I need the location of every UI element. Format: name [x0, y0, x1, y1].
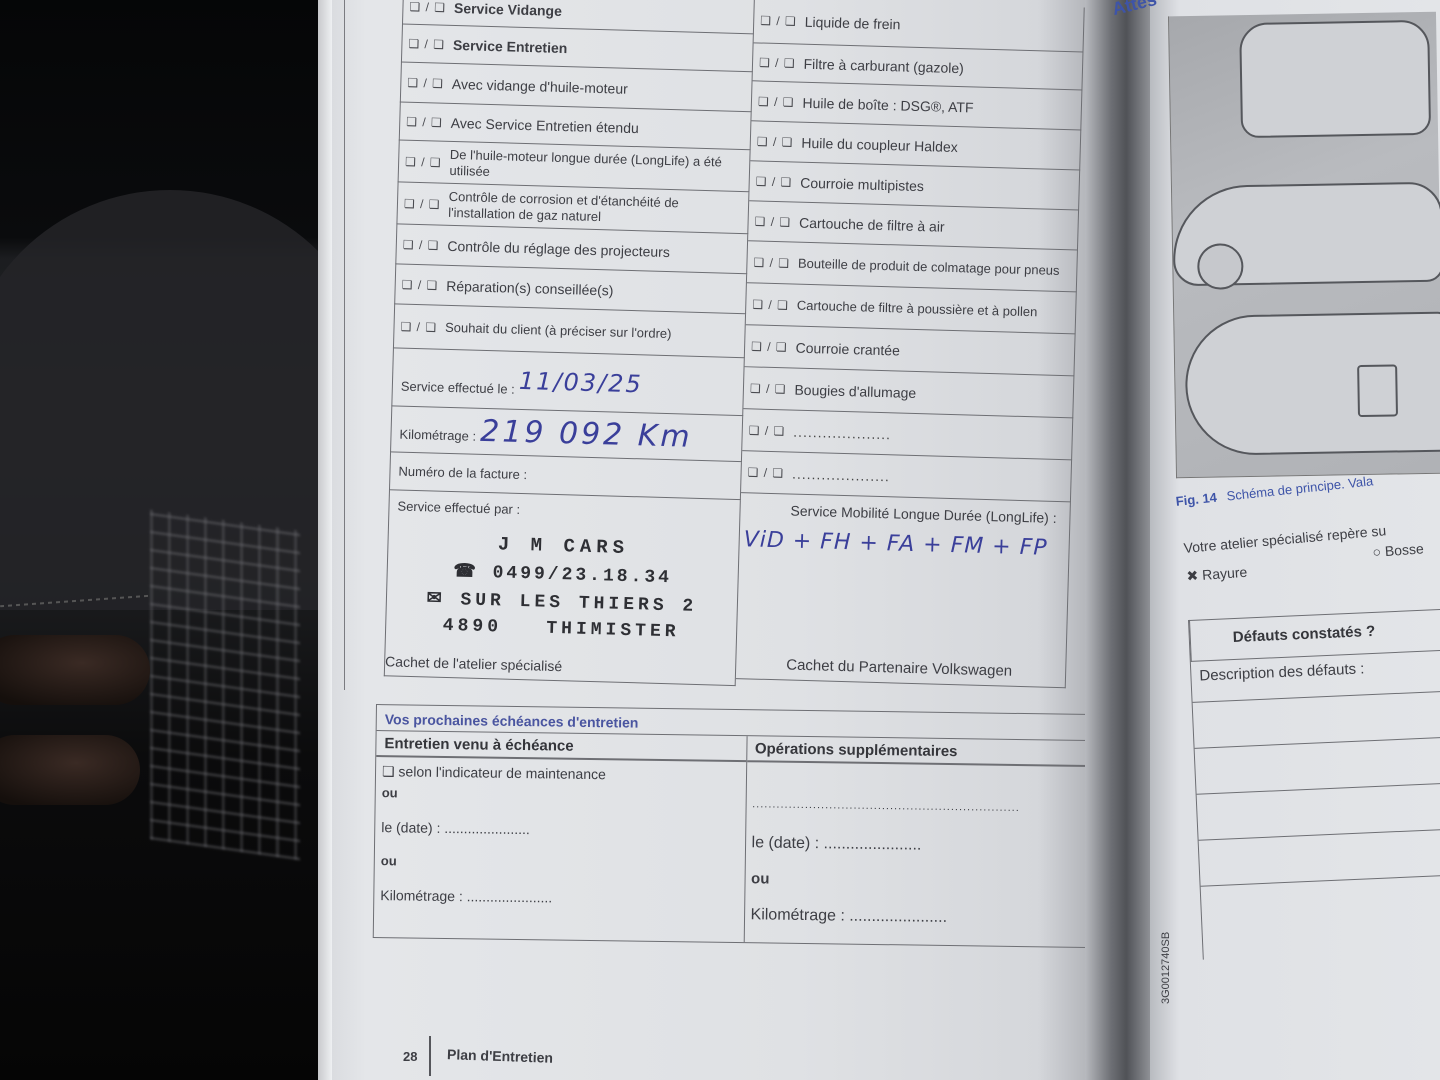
checkbox-pair-icon[interactable]: ❏ / ❏ [758, 94, 795, 109]
checkbox-pair-icon[interactable]: ❏ / ❏ [406, 114, 443, 129]
sunroof [1357, 364, 1398, 417]
checkbox-pair-icon[interactable]: ❏ / ❏ [400, 319, 437, 334]
checkbox-pair-icon[interactable]: ❏ / ❏ [749, 423, 786, 438]
workshop-stamp-street: ✉ SUR LES THIERS 2 [397, 587, 727, 618]
additional-operations-column: Opérations supplémentaires .............… [743, 736, 1116, 947]
car-top-view-drawing [1184, 312, 1440, 457]
checkbox-pair-icon[interactable]: ❏ / ❏ [752, 297, 789, 312]
checkbox-pair-icon[interactable]: ❏ / ❏ [760, 13, 797, 28]
workshop-stamp-name: J M CARS [398, 531, 728, 562]
section-name: Plan d'Entretien [447, 1046, 554, 1066]
finger [0, 735, 140, 805]
page-footer: 28 Plan d'Entretien [403, 1036, 553, 1076]
finger [0, 635, 150, 705]
checkbox-pair-icon[interactable]: ❏ / ❏ [751, 339, 788, 354]
handwritten-mileage: 219 092 Km [480, 414, 693, 455]
wheel [1197, 243, 1244, 290]
checkbox-pair-icon[interactable]: ❏ / ❏ [407, 75, 444, 90]
next-maintenance-section: Vos prochaines échéances d'entretien Ent… [373, 704, 1118, 948]
checkbox-pair-icon[interactable]: ❏ / ❏ [756, 174, 793, 189]
checkbox-pair-icon[interactable]: ❏ / ❏ [750, 381, 787, 396]
vehicle-diagram-figure [1168, 12, 1440, 479]
checkbox-pair-icon[interactable]: ❏ / ❏ [409, 0, 446, 14]
next-date-field[interactable]: le (date) : ...................... [381, 819, 530, 837]
service-type-column: ❏ / ❏ Service Vidange ❏ / ❏ Service Entr… [384, 0, 755, 686]
checkbox-pair-icon[interactable]: ❏ / ❏ [747, 465, 784, 480]
checkbox-pair-icon[interactable]: ❏ / ❏ [757, 134, 794, 149]
car-rear-view-drawing [1239, 20, 1431, 138]
writing-line [1197, 782, 1440, 795]
car-interior-background [0, 0, 360, 1080]
next-mileage-field[interactable]: Kilométrage : ...................... [380, 887, 552, 905]
performed-by-box: Service effectué par : J M CARS ☎ 0499/2… [384, 490, 741, 686]
workshop-stamp-phone: ☎ 0499/23.18.34 [397, 559, 727, 590]
document-code: 3G0012740SB [1160, 932, 1172, 1004]
additional-mileage-field[interactable]: Kilométrage : ...................... [750, 906, 947, 927]
footer-divider [429, 1036, 431, 1076]
additional-operation-field[interactable]: ........................................… [752, 798, 1020, 814]
checkbox-pair-icon[interactable]: ❏ / ❏ [405, 154, 442, 169]
defects-box: Défauts constatés ? Description des défa… [1188, 608, 1440, 959]
additional-date-field[interactable]: le (date) : ...................... [751, 834, 921, 854]
page-edge [318, 0, 332, 1080]
checkbox-pair-icon[interactable]: ❏ / ❏ [759, 55, 796, 70]
car-side-view-drawing [1172, 182, 1440, 287]
seat-fabric-pattern [150, 509, 300, 860]
operations-column: ❏ / ❏ Liquide de frein ❏ / ❏ Filtre à ca… [736, 0, 1085, 688]
page-number: 28 [403, 1049, 417, 1064]
maintenance-indicator-checkbox[interactable]: ❏ selon l'indicateur de maintenance [382, 763, 606, 783]
writing-line [1195, 736, 1440, 749]
checkbox-pair-icon[interactable]: ❏ / ❏ [753, 255, 790, 270]
handwritten-service-date: 11/03/25 [519, 366, 644, 397]
service-date-field[interactable]: Service effectué le : 11/03/25 [391, 348, 744, 416]
checkbox-pair-icon[interactable]: ❏ / ❏ [408, 36, 445, 51]
writing-line [1201, 874, 1440, 887]
writing-line [1193, 690, 1440, 703]
checkbox-pair-icon[interactable]: ❏ / ❏ [404, 196, 441, 211]
book-gutter [1085, 0, 1160, 1080]
checkbox-pair-icon[interactable]: ❏ / ❏ [754, 214, 791, 229]
longlife-box: Service Mobilité Longue Durée (LongLife)… [736, 493, 1071, 688]
handwritten-longlife-codes: ViD + FH + FA + FM + FP [743, 527, 1048, 560]
checkbox-pair-icon[interactable]: ❏ / ❏ [402, 277, 439, 292]
writing-line [1199, 828, 1440, 841]
due-maintenance-column: Entretien venu à échéance ❏ selon l'indi… [374, 731, 746, 942]
workshop-stamp-city: 4890 THIMISTER [396, 615, 726, 644]
checkbox-pair-icon[interactable]: ❏ / ❏ [403, 237, 440, 252]
